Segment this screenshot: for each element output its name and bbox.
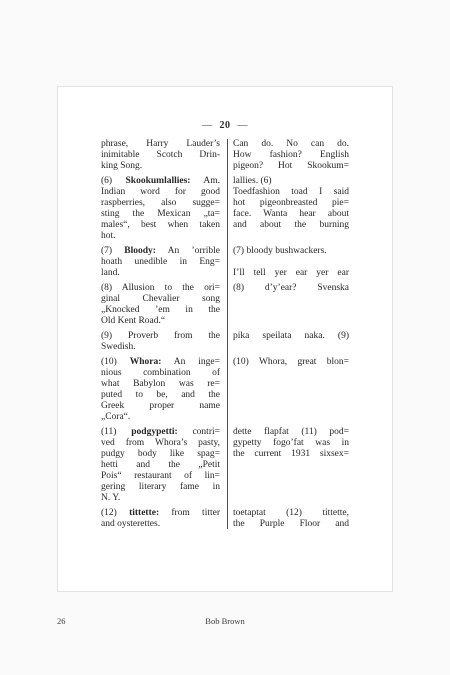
footnotes-column: phrase, Harry Lauder’sinimitable Scotch … (101, 139, 220, 530)
text-line (233, 294, 349, 305)
text-line (233, 401, 349, 412)
text-line: (11) podgypetti: contri= (101, 427, 220, 438)
text-line: the current 1931 sixsex= (233, 449, 349, 460)
text-line: pudgy body like spag= (101, 449, 220, 460)
text-line: gering literary fame in (101, 482, 220, 493)
text-line: what Babylon was re= (101, 379, 220, 390)
text-line: hetti and the „Petit (101, 460, 220, 471)
text-line: (10) Whora, great blon= (233, 357, 349, 368)
verse-column: Can do. No can do.How fashion? Englishpi… (233, 139, 349, 530)
text-line: gypetty fogo’fat was in (233, 438, 349, 449)
text-line (233, 342, 349, 353)
text-line: toetaptat (12) tittette, (233, 508, 349, 519)
text-line: king Song. (101, 161, 220, 172)
book-page: —20— phrase, Harry Lauder’sinimitable Sc… (57, 86, 393, 592)
page-number-header: —20— (58, 120, 392, 131)
header-dash-left: — (202, 120, 213, 131)
text-line: raspberries, also sugge= (101, 198, 220, 209)
text-line: inimitable Scotch Drin- (101, 150, 220, 161)
text-line: land. (101, 268, 220, 279)
text-line: N. Y. (101, 493, 220, 504)
text-line: lallies. (6) (233, 176, 349, 187)
text-line: Toedfashion toad I said (233, 187, 349, 198)
text-line: (9) Proverb from the (101, 331, 220, 342)
text-line (233, 316, 349, 327)
text-line (233, 471, 349, 482)
header-page-number: 20 (220, 120, 231, 131)
text-line: dette flapfat (11) pod= (233, 427, 349, 438)
text-line: nious combination of (101, 368, 220, 379)
text-line: ved from Whora’s pasty, (101, 438, 220, 449)
text-line: Greek proper name (101, 401, 220, 412)
text-line: hot. (101, 231, 220, 242)
text-line (233, 368, 349, 379)
text-line: the Purple Floor and (233, 519, 349, 530)
text-line: and oysterettes. (101, 519, 220, 530)
text-line: (10) Whora: An inge= (101, 357, 220, 368)
text-line: puted to be, and the (101, 390, 220, 401)
text-line: Old Kent Road.“ (101, 316, 220, 327)
text-line (233, 379, 349, 390)
text-line: „Knocked ’em in the (101, 305, 220, 316)
text-line: hoath unedible in Eng= (101, 257, 220, 268)
text-line (233, 460, 349, 471)
text-line (233, 257, 349, 268)
text-line: „Cora“. (101, 412, 220, 423)
text-line: phrase, Harry Lauder’s (101, 139, 220, 150)
text-line: I’ll tell yer ear yer ear (233, 268, 349, 279)
column-divider-rule (227, 139, 228, 529)
text-line (233, 390, 349, 401)
screenshot-root: { "document": { "page_header": { "dash_l… (0, 0, 450, 675)
text-line (233, 231, 349, 242)
text-line: (7) bloody bushwackers. (233, 246, 349, 257)
text-line: How fashion? English (233, 150, 349, 161)
text-line (233, 493, 349, 504)
text-line: sting the Mexican „ta= (101, 209, 220, 220)
text-line: Can do. No can do. (233, 139, 349, 150)
text-line: Pois“ restaurant of lin= (101, 471, 220, 482)
text-line: ginal Chevalier song (101, 294, 220, 305)
page-footer: 26 Bob Brown (57, 616, 393, 630)
text-line (233, 305, 349, 316)
text-line: pika speilata naka. (9) (233, 331, 349, 342)
text-line: (8) d’y’ear? Svenska (233, 283, 349, 294)
text-line: males“, best when taken (101, 220, 220, 231)
text-line: (12) tittette: from titter (101, 508, 220, 519)
text-line (233, 482, 349, 493)
text-line: pigeon? Hot Skookum= (233, 161, 349, 172)
text-line: hot pigeonbreasted pie= (233, 198, 349, 209)
text-line: Swedish. (101, 342, 220, 353)
text-line: and about the burning (233, 220, 349, 231)
text-line: (8) Allusion to the ori= (101, 283, 220, 294)
text-line: Indian word for good (101, 187, 220, 198)
text-line: (7) Bloody: An ’orrible (101, 246, 220, 257)
text-line (233, 412, 349, 423)
footer-running-title: Bob Brown (57, 616, 393, 626)
header-dash-right: — (238, 120, 249, 131)
text-line: face. Wanta hear about (233, 209, 349, 220)
text-line: (6) Skookumlallies: Am. (101, 176, 220, 187)
